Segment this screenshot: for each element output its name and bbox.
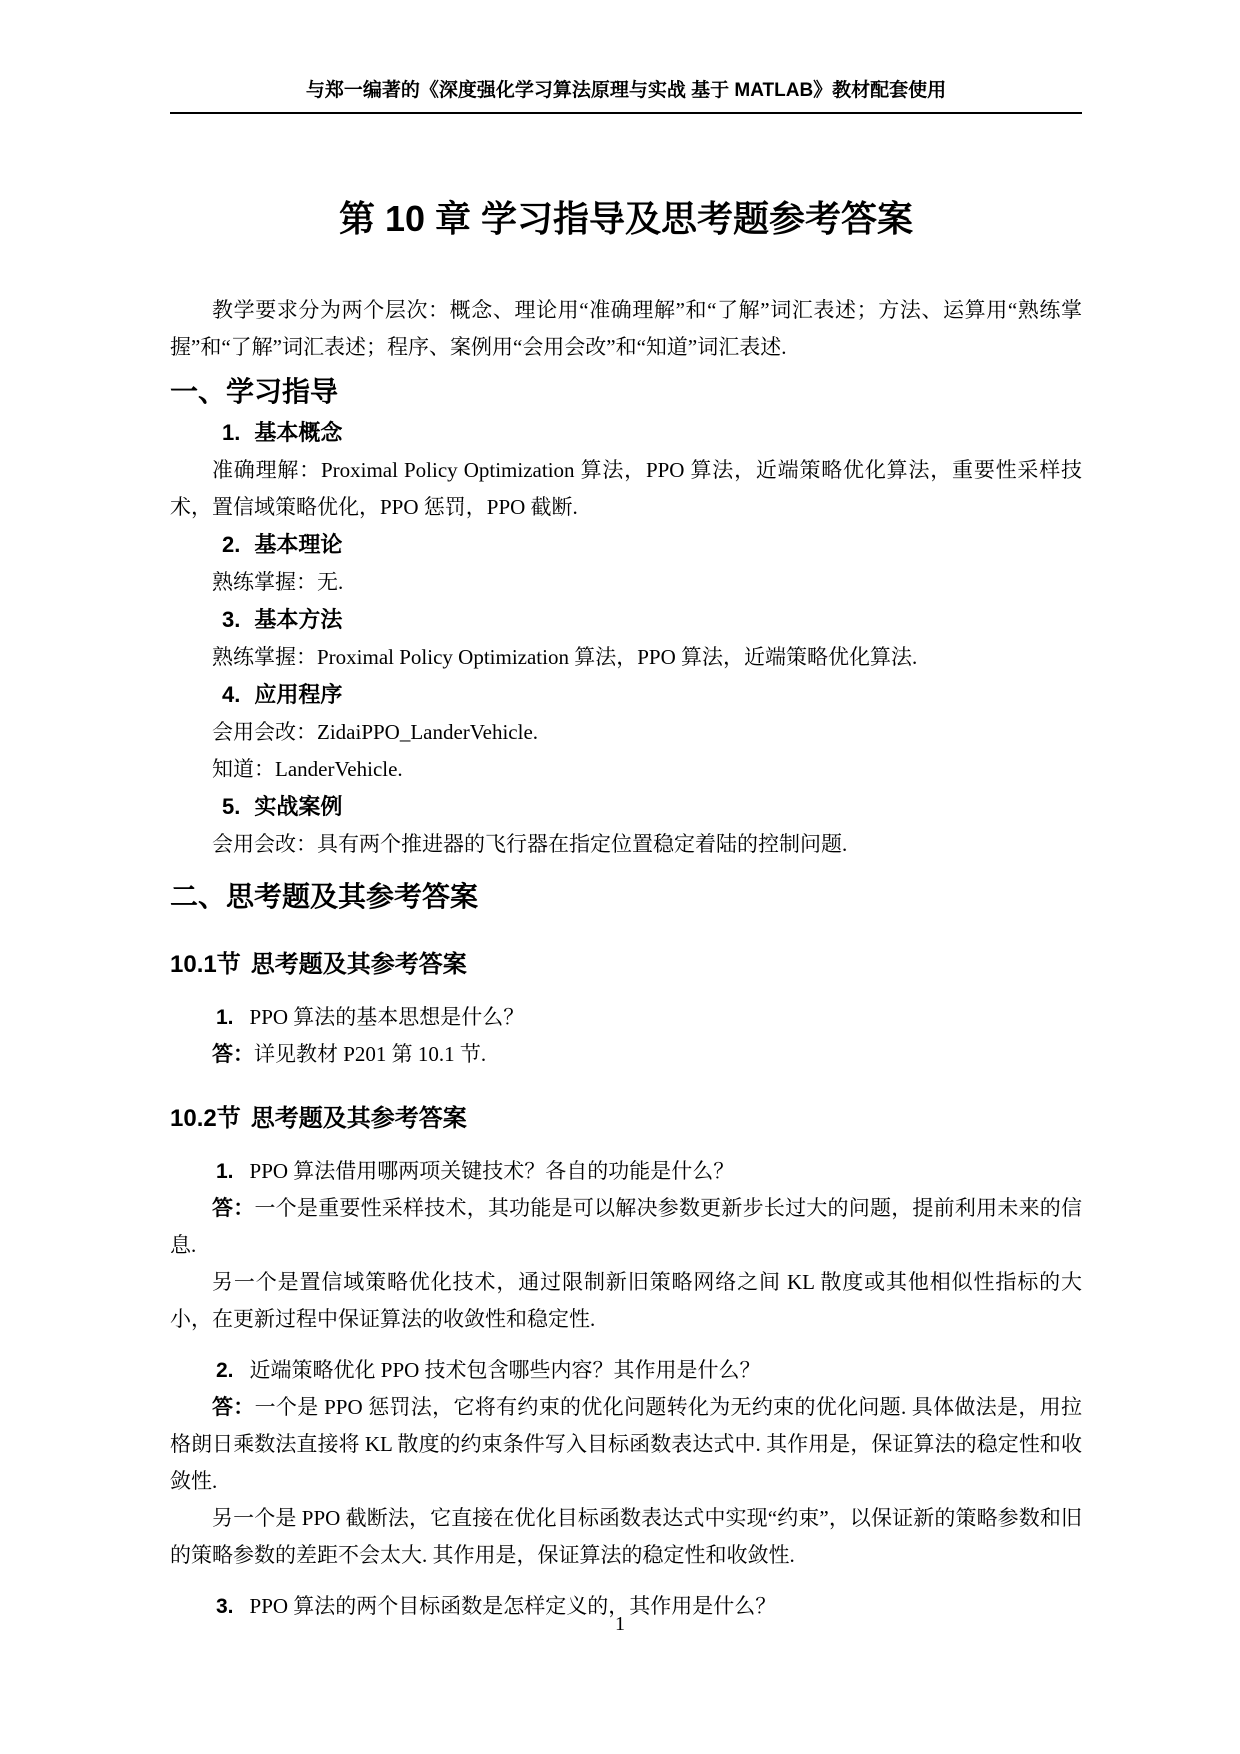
case-study-body: 会用会改：具有两个推进器的飞行器在指定位置稳定着陆的控制问题. — [170, 826, 1082, 863]
page-number: 1 — [0, 1612, 1240, 1636]
answer-label: 答： — [212, 1396, 255, 1419]
header-divider-line — [170, 112, 1082, 114]
subsection-title: 实战案例 — [254, 794, 342, 819]
answer-text: 详见教材 P201 第 10.1 节. — [254, 1042, 486, 1066]
application-programs-body: 会用会改：ZidaiPPO_LanderVehicle. — [170, 714, 1082, 751]
subsection-10-2-number: 10.2节 — [170, 1105, 241, 1132]
basic-concepts-body: 准确理解：Proximal Policy Optimization 算法，PPO… — [170, 452, 1082, 526]
section-2-heading: 二、思考题及其参考答案 — [170, 875, 1082, 919]
question-number: 1. — [216, 1160, 234, 1183]
subsection-number: 1. — [222, 420, 240, 445]
subsection-10-2-heading: 10.2节思考题及其参考答案 — [170, 1099, 1082, 1139]
subsection-number: 4. — [222, 682, 240, 707]
intro-paragraph: 教学要求分为两个层次：概念、理论用“准确理解”和“了解”词汇表述；方法、运算用“… — [170, 292, 1082, 366]
subsection-heading-application-programs: 4.应用程序 — [170, 676, 1082, 714]
answer-10-1-1: 答：详见教材 P201 第 10.1 节. — [170, 1036, 1082, 1073]
subsection-number: 3. — [222, 607, 240, 632]
section-1-heading: 一、学习指导 — [170, 370, 1082, 414]
answer-label: 答： — [212, 1043, 254, 1066]
page-header: 与郑一编著的《深度强化学习算法原理与实战 基于 MATLAB》教材配套使用 — [170, 78, 1082, 114]
subsection-title: 应用程序 — [254, 682, 342, 707]
answer-text: 一个是 PPO 惩罚法，它将有约束的优化问题转化为无约束的优化问题. 具体做法是… — [170, 1395, 1082, 1493]
question-text: 近端策略优化 PPO 技术包含哪些内容？其作用是什么？ — [250, 1358, 761, 1382]
answer-label: 答： — [212, 1197, 254, 1220]
subsection-10-1-title: 思考题及其参考答案 — [251, 951, 467, 978]
subsection-heading-basic-theory: 2.基本理论 — [170, 526, 1082, 564]
subsection-10-1-number: 10.1节 — [170, 951, 241, 978]
question-text: PPO 算法借用哪两项关键技术？各自的功能是什么？ — [250, 1159, 735, 1183]
subsection-number: 5. — [222, 794, 240, 819]
subsection-10-2-title: 思考题及其参考答案 — [251, 1105, 467, 1132]
basic-theory-body: 熟练掌握：无. — [170, 564, 1082, 601]
subsection-number: 2. — [222, 532, 240, 557]
answer-10-2-1: 答：一个是重要性采样技术，其功能是可以解决参数更新步长过大的问题，提前利用未来的… — [170, 1190, 1082, 1264]
subsection-heading-basic-methods: 3.基本方法 — [170, 601, 1082, 639]
application-programs-body-2: 知道：LanderVehicle. — [170, 751, 1082, 788]
answer-10-2-2: 答：一个是 PPO 惩罚法，它将有约束的优化问题转化为无约束的优化问题. 具体做… — [170, 1389, 1082, 1500]
question-number: 2. — [216, 1359, 234, 1382]
subsection-title: 基本概念 — [254, 420, 342, 445]
subsection-heading-basic-concepts: 1.基本概念 — [170, 414, 1082, 452]
subsection-heading-case-study: 5.实战案例 — [170, 788, 1082, 826]
subsection-title: 基本方法 — [254, 607, 342, 632]
answer-10-2-1-part2: 另一个是置信域策略优化技术，通过限制新旧策略网络之间 KL 散度或其他相似性指标… — [170, 1264, 1082, 1338]
subsection-10-1-heading: 10.1节思考题及其参考答案 — [170, 945, 1082, 985]
subsection-title: 基本理论 — [254, 532, 342, 557]
header-title-text: 与郑一编著的《深度强化学习算法原理与实战 基于 MATLAB》教材配套使用 — [170, 78, 1082, 103]
answer-text: 一个是重要性采样技术，其功能是可以解决参数更新步长过大的问题，提前利用未来的信息… — [170, 1196, 1082, 1257]
chapter-title: 第 10 章 学习指导及思考题参考答案 — [170, 196, 1082, 242]
answer-10-2-2-part2: 另一个是 PPO 截断法，它直接在优化目标函数表达式中实现“约束”，以保证新的策… — [170, 1500, 1082, 1574]
document-page: 与郑一编著的《深度强化学习算法原理与实战 基于 MATLAB》教材配套使用 第 … — [0, 0, 1240, 1754]
question-number: 1. — [216, 1006, 234, 1029]
question-10-2-2: 2.近端策略优化 PPO 技术包含哪些内容？其作用是什么？ — [170, 1352, 1082, 1389]
basic-methods-body: 熟练掌握：Proximal Policy Optimization 算法，PPO… — [170, 639, 1082, 676]
question-text: PPO 算法的基本思想是什么？ — [250, 1005, 525, 1029]
question-10-2-1: 1.PPO 算法借用哪两项关键技术？各自的功能是什么？ — [170, 1153, 1082, 1190]
question-10-1-1: 1.PPO 算法的基本思想是什么？ — [170, 999, 1082, 1036]
